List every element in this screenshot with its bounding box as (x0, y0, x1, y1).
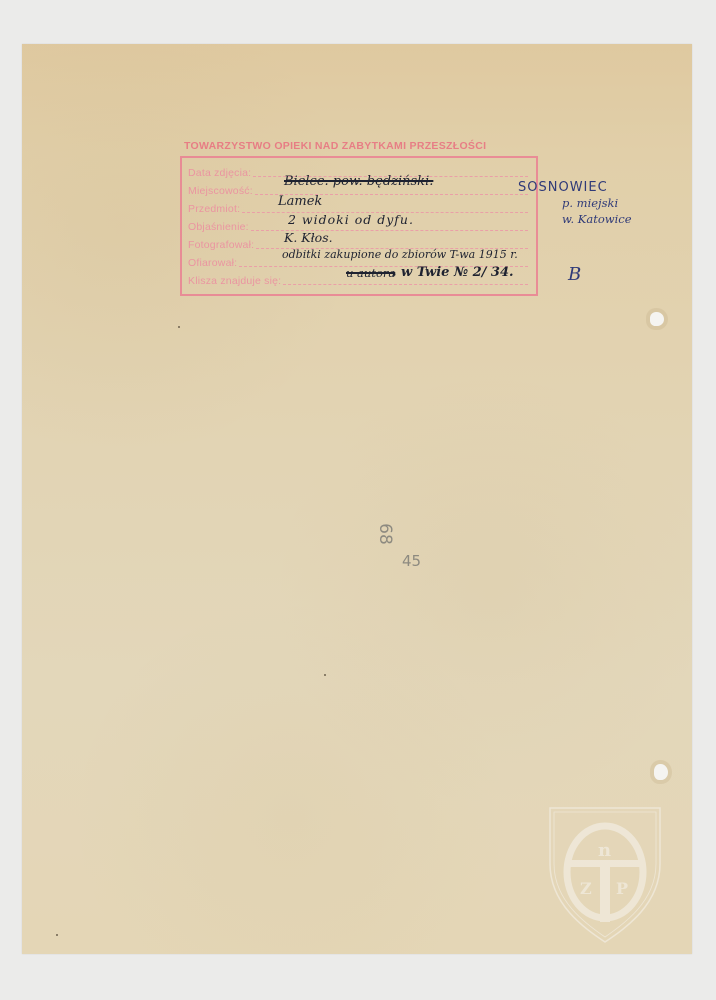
field-label: Fotografował: (188, 239, 254, 251)
pencil-number: 68 (375, 523, 395, 545)
svg-text:Z: Z (580, 879, 592, 898)
value-subject: Lamek (278, 194, 322, 209)
value-location: Bielce. pow. będziński. (284, 174, 433, 189)
svg-text:n: n (598, 840, 611, 861)
value-negative-location: . w Twie № 2/ 34. (392, 265, 514, 280)
value-donor: odbitki zakupione do zbiorów T-wa 1915 r… (282, 248, 518, 261)
field-label: Przedmiot: (188, 203, 240, 215)
annotation-city: SOSNOWIEC (518, 180, 608, 195)
value-description: 2 widoki od dyfu. (288, 212, 414, 227)
field-label: Data zdjęcia: (188, 167, 251, 179)
annotation-region: w. Katowice (562, 212, 632, 226)
paper-hole (654, 764, 668, 780)
value-negative-struck: u autora (346, 266, 395, 280)
annotation-district: p. miejski (562, 196, 618, 210)
field-label: Klisza znajduje się: (188, 275, 281, 287)
field-label: Miejscowość: (188, 185, 253, 197)
field-label: Ofiarował: (188, 257, 237, 269)
field-label: Objaśnienie: (188, 221, 249, 233)
pencil-number: 45 (402, 552, 421, 570)
svg-text:P: P (616, 879, 628, 898)
paper-hole (650, 312, 664, 326)
value-photographer: K. Kłos. (284, 230, 333, 245)
annotation-mark-b: B (568, 264, 581, 285)
stamp-header: TOWARZYSTWO OPIEKI NAD ZABYTKAMI PRZESZŁ… (184, 140, 544, 152)
institution-watermark-icon: n Z P (546, 804, 664, 944)
